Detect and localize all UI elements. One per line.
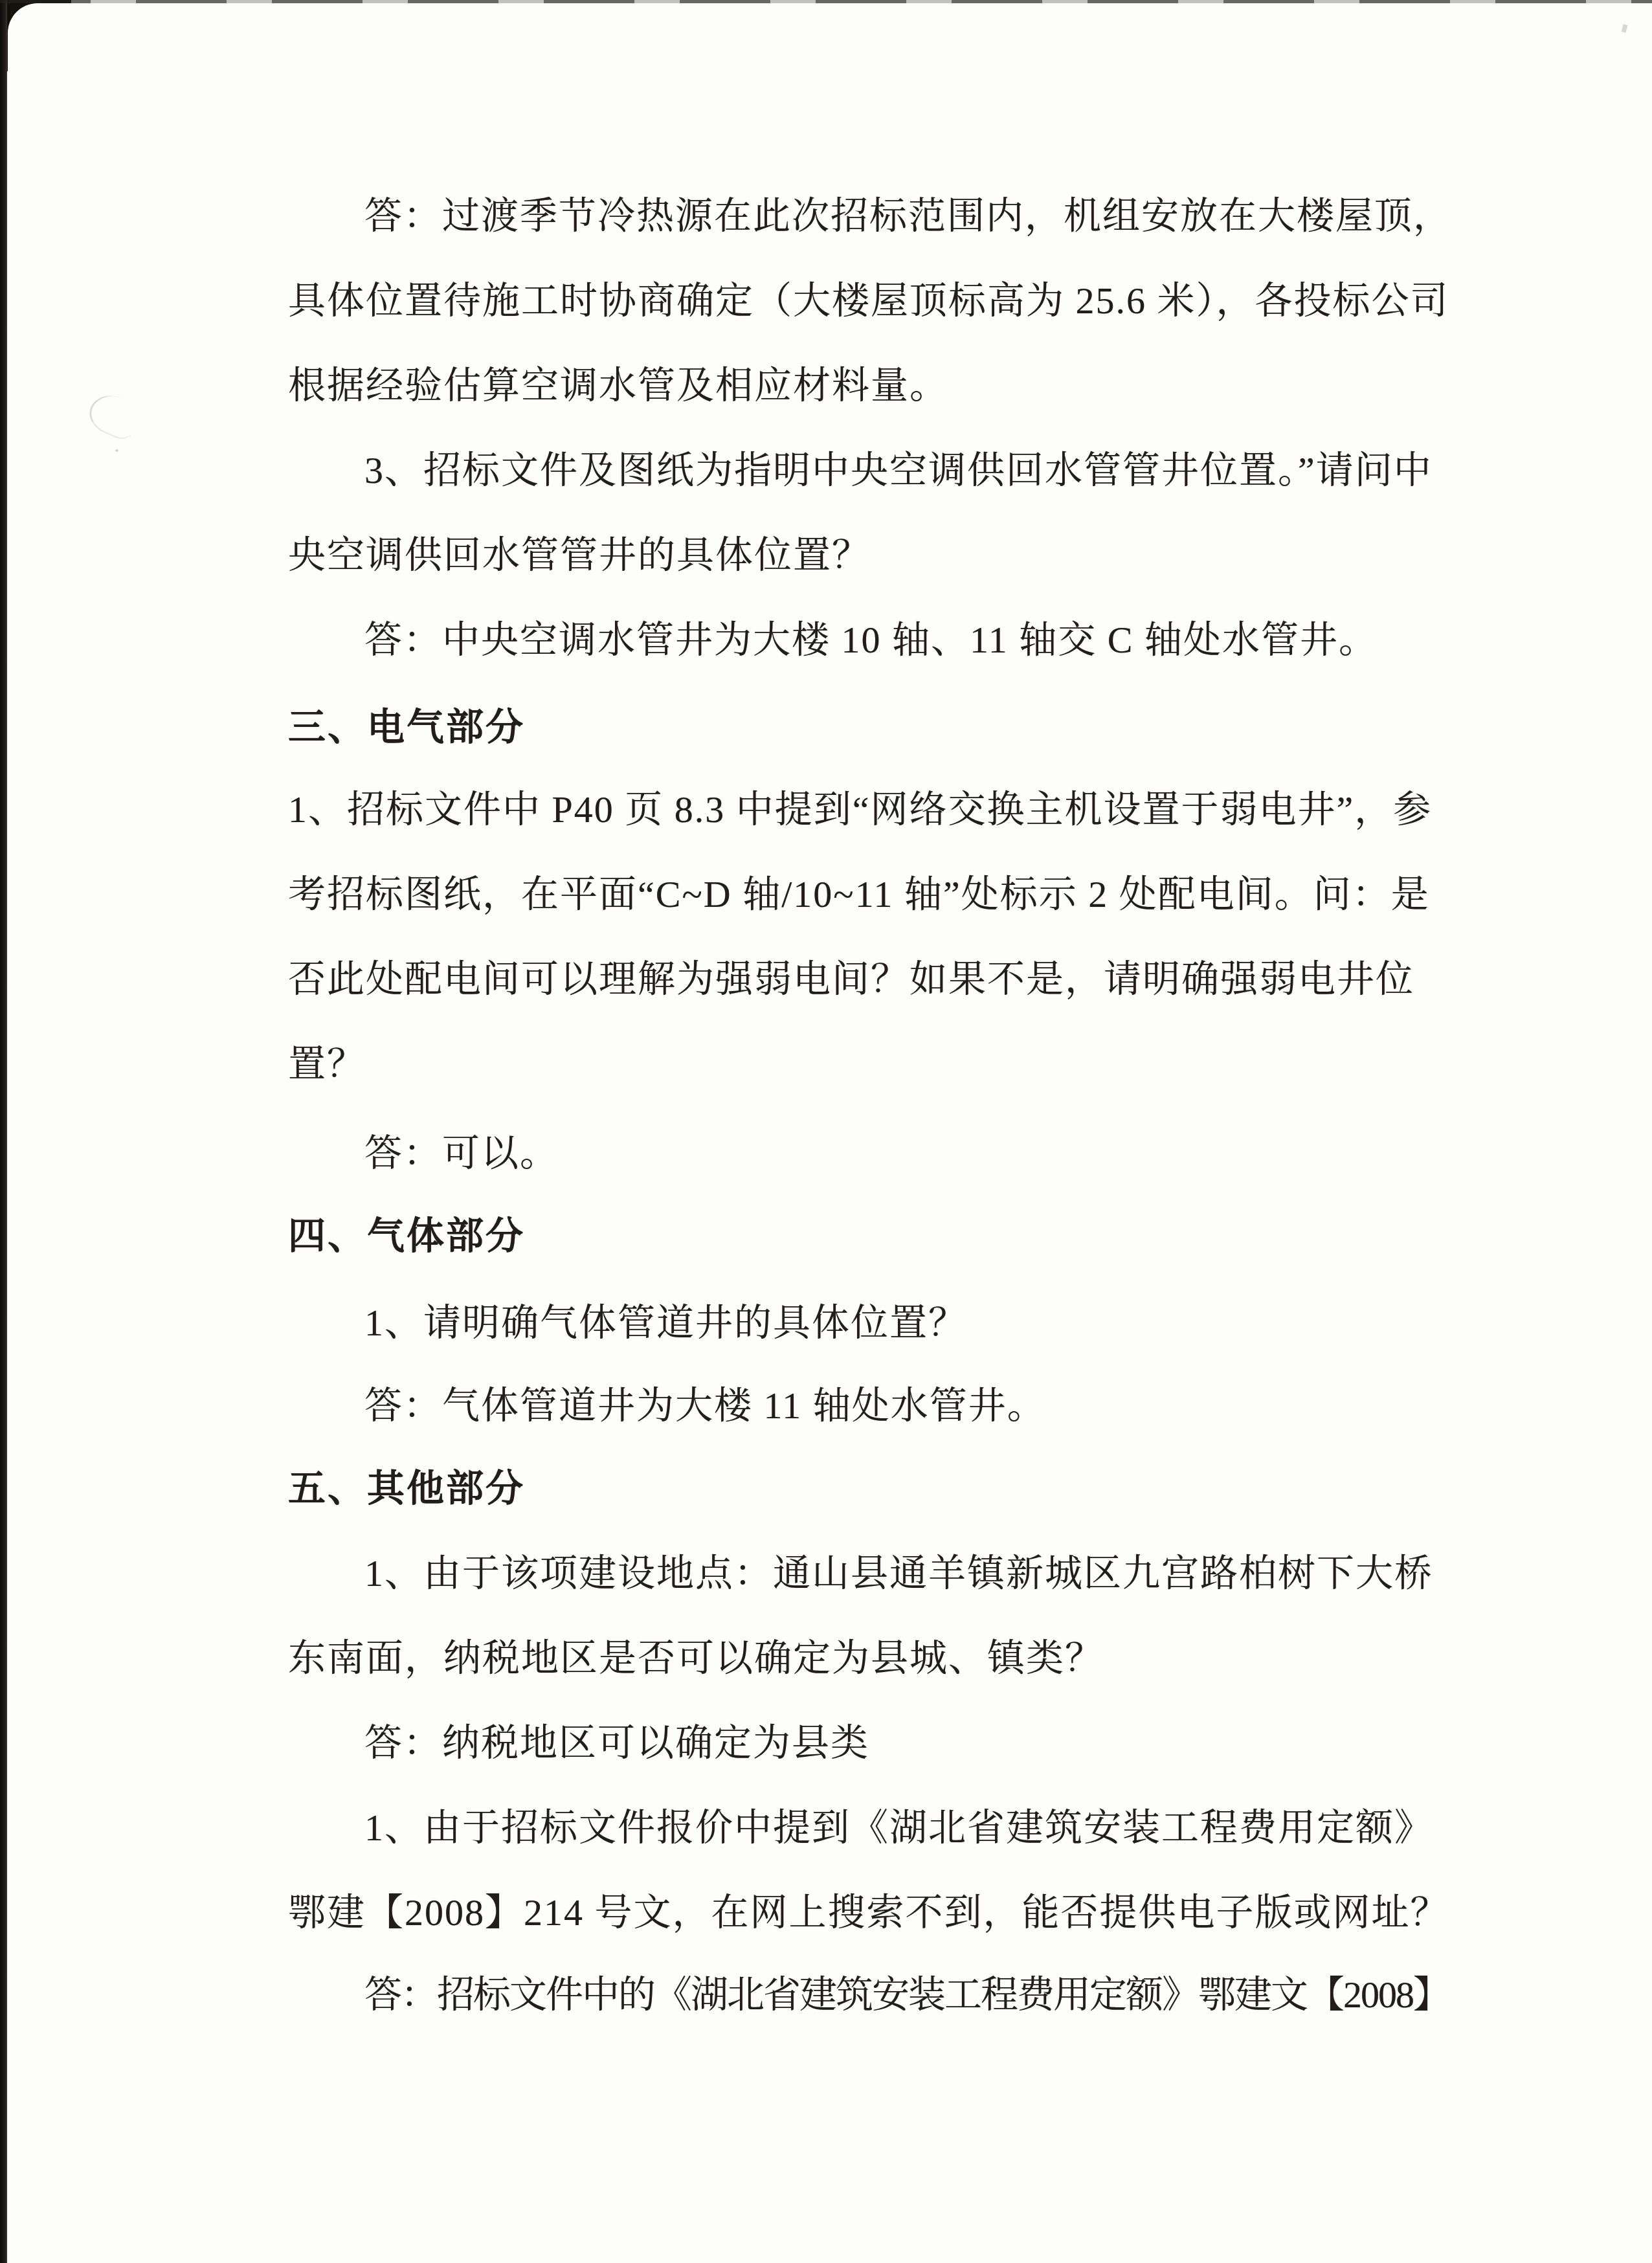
scanned-page: 答：过渡季节冷热源在此次招标范围内，机组安放在大楼屋顶， 具体位置待施工时协商确… bbox=[0, 0, 1652, 2263]
text-line: 根据经验估算空调水管及相应材料量。 bbox=[288, 365, 948, 407]
text-line: 3、招标文件及图纸为指明中央空调供回水管管井位置。”请问中 bbox=[364, 450, 1433, 491]
page-edge-shadow-left bbox=[0, 0, 7, 2263]
text-line: 答：招标文件中的《湖北省建筑安装工程费用定额》鄂建文【2008】 bbox=[364, 1974, 1449, 2016]
text-line: 答：纳税地区可以确定为县类 bbox=[364, 1722, 869, 1764]
scan-speck bbox=[115, 449, 118, 452]
text-line: 鄂建【2008】214 号文，在网上搜索不到，能否提供电子版或网址？ bbox=[288, 1892, 1449, 1934]
text-line: 否此处配电间可以理解为强弱电间？如果不是，请明确强弱电井位 bbox=[288, 959, 1414, 1000]
text-line: 置？ bbox=[288, 1043, 366, 1085]
text-line: 答：气体管道井为大楼 11 轴处水管井。 bbox=[364, 1385, 1046, 1427]
text-line: 具体位置待施工时协商确定（大楼屋顶标高为 25.6 米），各投标公司 bbox=[288, 280, 1449, 322]
text-line: 考招标图纸，在平面“C~D 轴/10~11 轴”处标示 2 处配电间。问：是 bbox=[288, 874, 1430, 915]
page-edge-shadow-top bbox=[0, 0, 1652, 3]
text-line: 1、请明确气体管道井的具体位置？ bbox=[364, 1302, 967, 1344]
text-line: 央空调供回水管管井的具体位置？ bbox=[288, 535, 871, 576]
text-line: 1、由于该项建设地点：通山县通羊镇新城区九宫路柏树下大桥 bbox=[364, 1553, 1433, 1594]
text-line: 答：中央空调水管井为大楼 10 轴、11 轴交 C 轴处水管井。 bbox=[364, 619, 1378, 661]
text-line: 东南面，纳税地区是否可以确定为县城、镇类？ bbox=[288, 1638, 1104, 1679]
text-line: 1、由于招标文件报价中提到《湖北省建筑安装工程费用定额》 bbox=[364, 1807, 1433, 1849]
section-heading-other: 五、其他部分 bbox=[288, 1468, 525, 1510]
section-heading-electrical: 三、电气部分 bbox=[288, 707, 525, 748]
section-heading-gas: 四、气体部分 bbox=[288, 1216, 525, 1257]
text-line: 1、招标文件中 P40 页 8.3 中提到“网络交换主机设置于弱电井”，参 bbox=[288, 789, 1432, 831]
text-line: 答：可以。 bbox=[364, 1133, 559, 1174]
text-line: 答：过渡季节冷热源在此次招标范围内，机组安放在大楼屋顶， bbox=[364, 195, 1452, 237]
